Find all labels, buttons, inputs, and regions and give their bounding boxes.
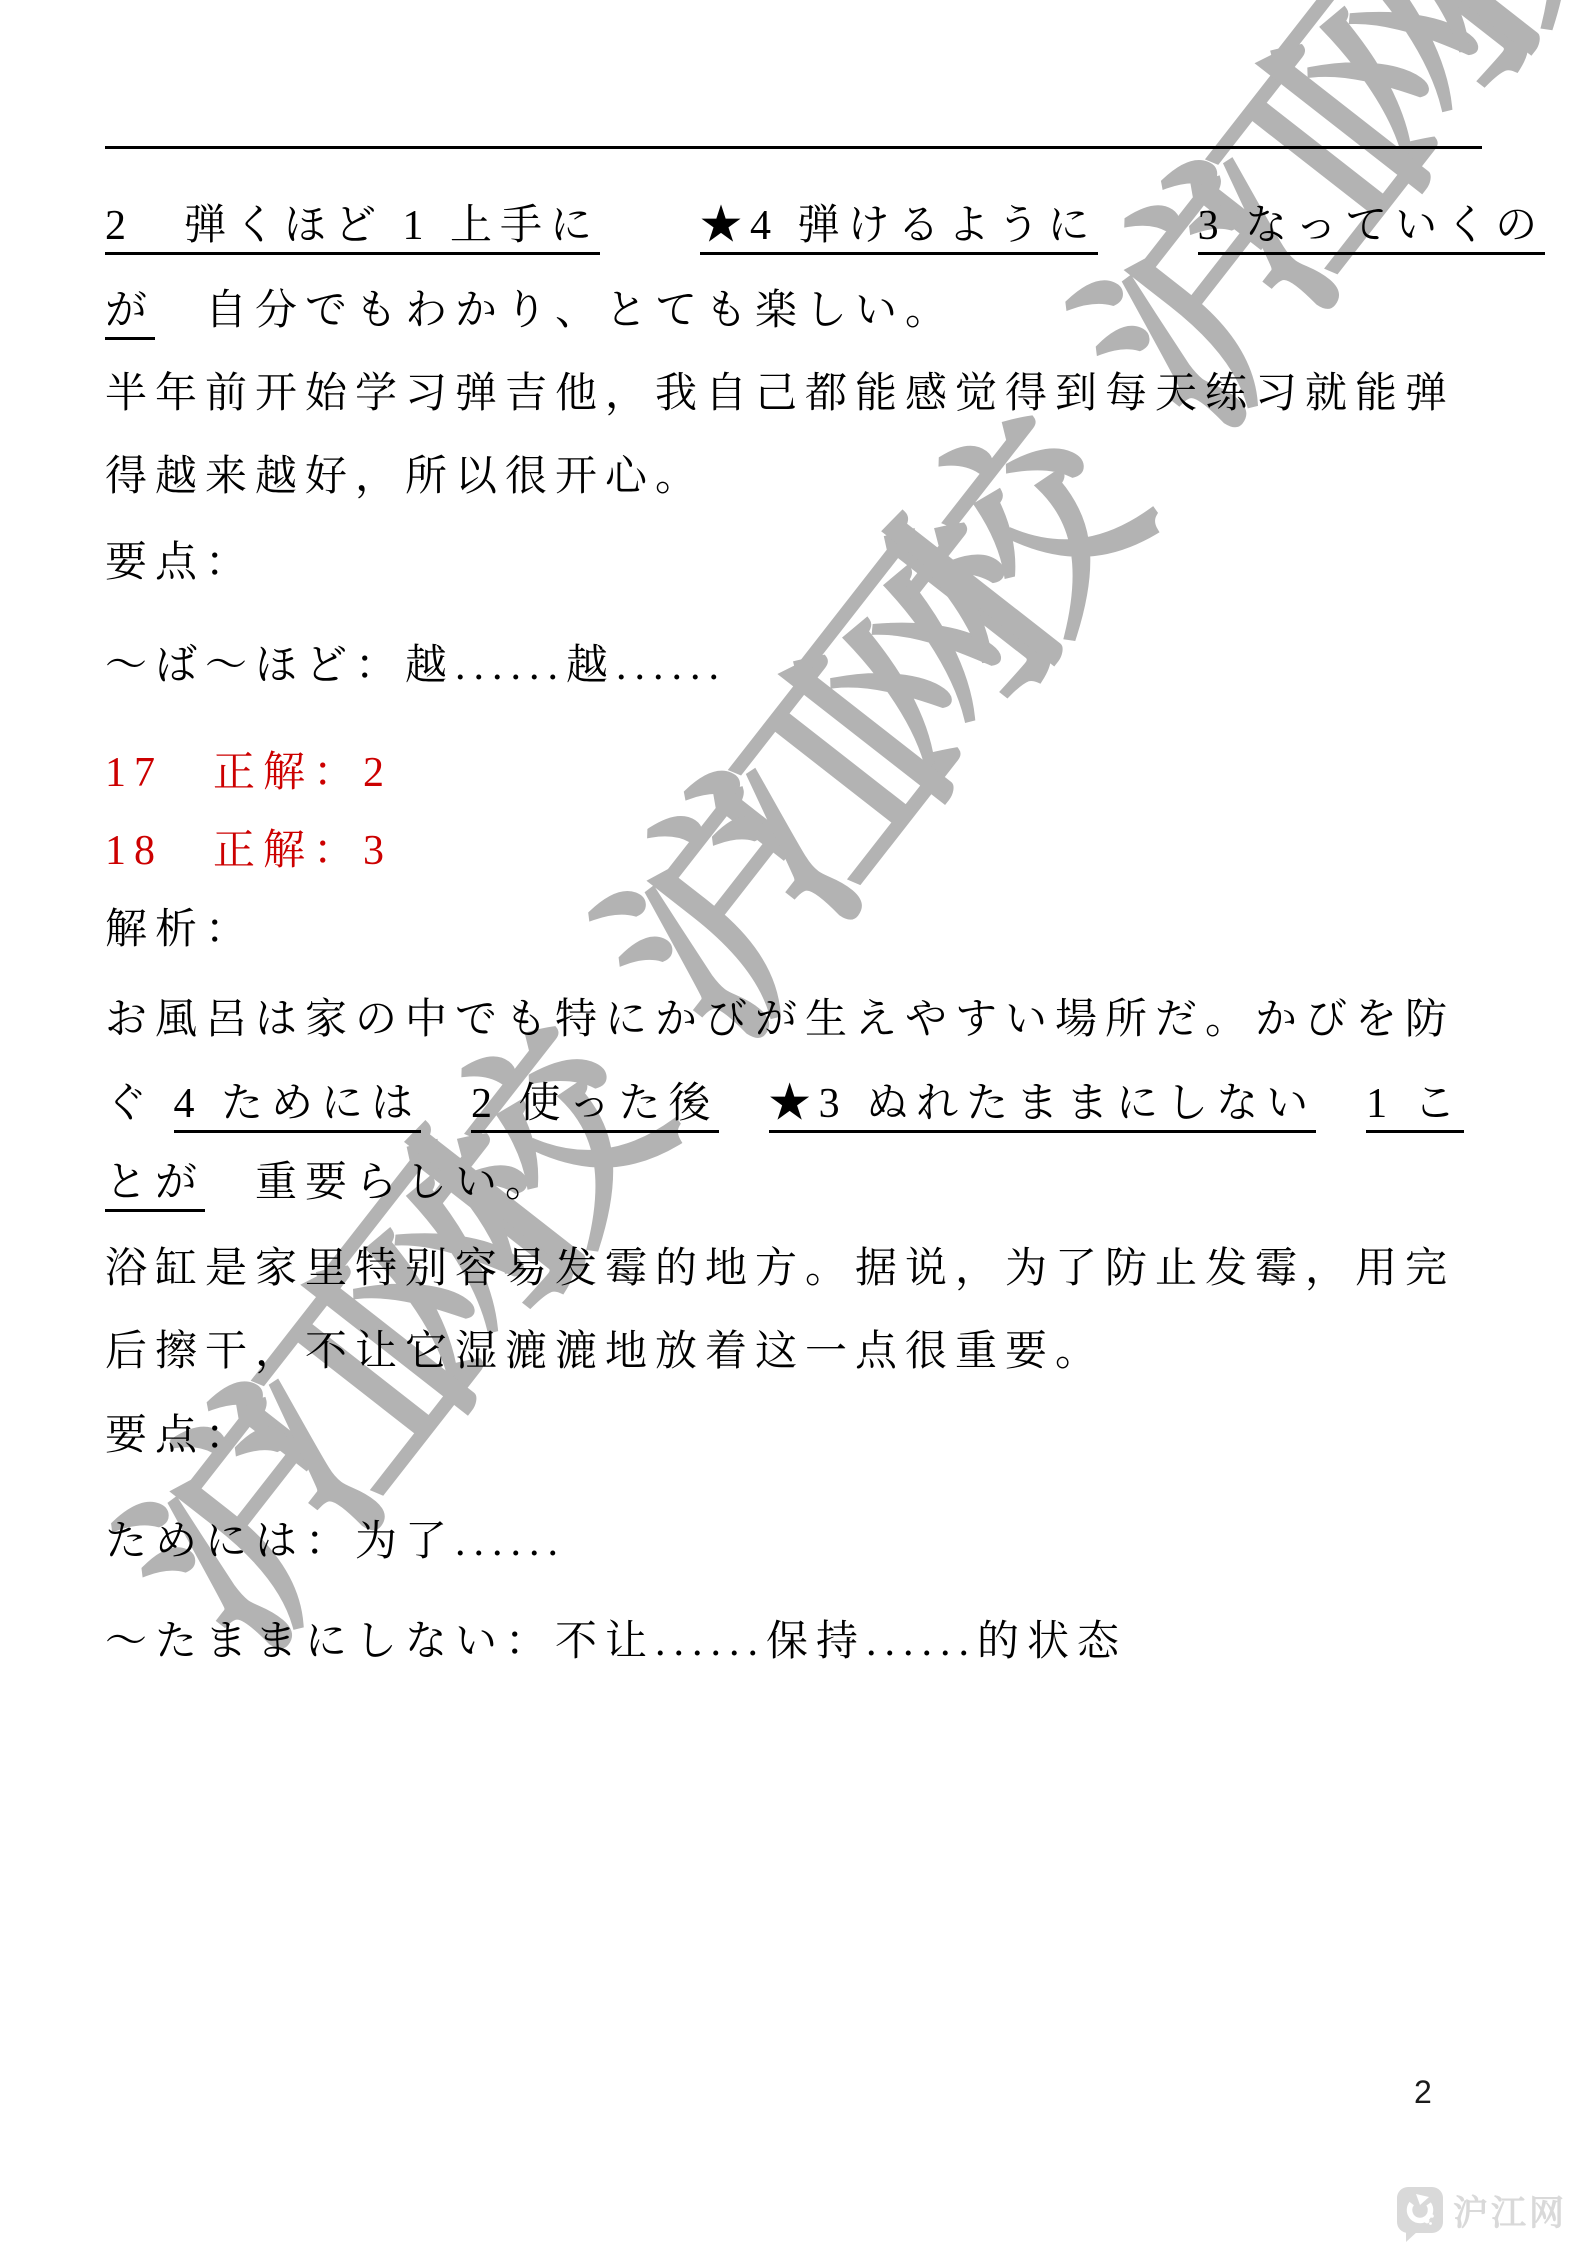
cn-translation-2-line-1: 浴缸是家里特别容易发霉的地方。据说，为了防止发霉，用完	[105, 1243, 1455, 1295]
hujiang-logo: 沪江网	[1396, 2186, 1567, 2242]
grammar-point-tamamanisinai: ～たままにしない：不让......保持......的状态	[105, 1616, 1127, 1668]
answer-line-17: 17 正解：2	[105, 747, 392, 799]
jp-passage-line-3: とが 重要らしい。	[105, 1157, 555, 1212]
page-number: 2	[1414, 2072, 1432, 2112]
analysis-label: 解析：	[105, 904, 255, 956]
jp-sentence-order-line-2: が 自分でもわかり、とても楽しい。	[105, 285, 955, 340]
jp-passage-line-2: ぐ 4 ためには 2 使った後 ★3 ぬれたままにしない 1 こ	[105, 1078, 1464, 1133]
jp-passage-line-1: お風呂は家の中でも特にかびが生えやすい場所だ。かびを防	[105, 994, 1455, 1046]
answer-line-18: 18 正解：3	[105, 825, 392, 877]
header-rule	[105, 146, 1482, 149]
jp-sentence-order-line-1: 2 弾くほど 1 上手に ★4 弾けるように 3 なっていくの	[105, 200, 1545, 255]
cn-translation-1-line-2: 得越来越好，所以很开心。	[105, 451, 705, 503]
hujiang-logo-text: 沪江网	[1453, 2189, 1567, 2239]
grammar-point-ba-hodo: ～ば～ほど：越......越......	[105, 640, 727, 692]
grammar-point-tameniwa: ためには：为了......	[105, 1516, 566, 1568]
cn-translation-2-line-2: 后擦干，不让它湿漉漉地放着这一点很重要。	[105, 1326, 1105, 1378]
cn-translation-1-line-1: 半年前开始学习弹吉他，我自己都能感觉得到每天练习就能弹	[105, 368, 1455, 420]
keypoints-label-1: 要点：	[105, 537, 255, 589]
document-page: { "page": { "watermark_text": "沪江网校 沪江网校…	[0, 0, 1587, 2245]
keypoints-label-2: 要点：	[105, 1410, 255, 1462]
hujiang-logo-bubble-icon	[1396, 2186, 1444, 2242]
